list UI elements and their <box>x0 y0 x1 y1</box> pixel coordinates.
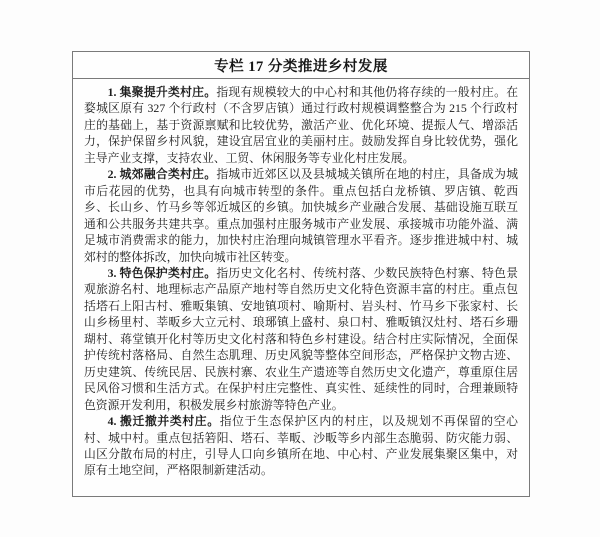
paragraph-lead: 4. 搬迁撤并类村庄。 <box>108 414 220 428</box>
paragraph-lead: 2. 城郊融合类村庄。 <box>108 167 217 181</box>
panel-body: 1. 集聚提升类村庄。指现有规模较大的中心村和其他仍将存续的一般村庄。在婺城区原… <box>73 79 529 496</box>
paragraph: 1. 集聚提升类村庄。指现有规模较大的中心村和其他仍将存续的一般村庄。在婺城区原… <box>84 84 518 166</box>
paragraph: 3. 特色保护类村庄。指历史文化名村、传统村落、少数民族特色村寨、特色景观旅游名… <box>84 265 518 413</box>
paragraph-text: 指城市近郊区以及县城城关镇所在地的村庄，具备成为城市后花园的优势，也具有向城市转… <box>84 167 518 263</box>
column-17-panel: 专栏 17 分类推进乡村发展 1. 集聚提升类村庄。指现有规模较大的中心村和其他… <box>72 51 530 497</box>
panel-title: 专栏 17 分类推进乡村发展 <box>73 52 529 79</box>
paragraph-text: 指历史文化名村、传统村落、少数民族特色村寨、特色景观旅游名村、地理标志产品原产地… <box>84 266 518 412</box>
paragraph-lead: 3. 特色保护类村庄。 <box>108 266 217 280</box>
document-page: 专栏 17 分类推进乡村发展 1. 集聚提升类村庄。指现有规模较大的中心村和其他… <box>0 0 600 537</box>
paragraph: 2. 城郊融合类村庄。指城市近郊区以及县城城关镇所在地的村庄，具备成为城市后花园… <box>84 166 518 265</box>
paragraph: 4. 搬迁撤并类村庄。指位于生态保护区内的村庄，以及规划不再保留的空心村、城中村… <box>84 413 518 479</box>
paragraph-lead: 1. 集聚提升类村庄。 <box>108 85 217 99</box>
